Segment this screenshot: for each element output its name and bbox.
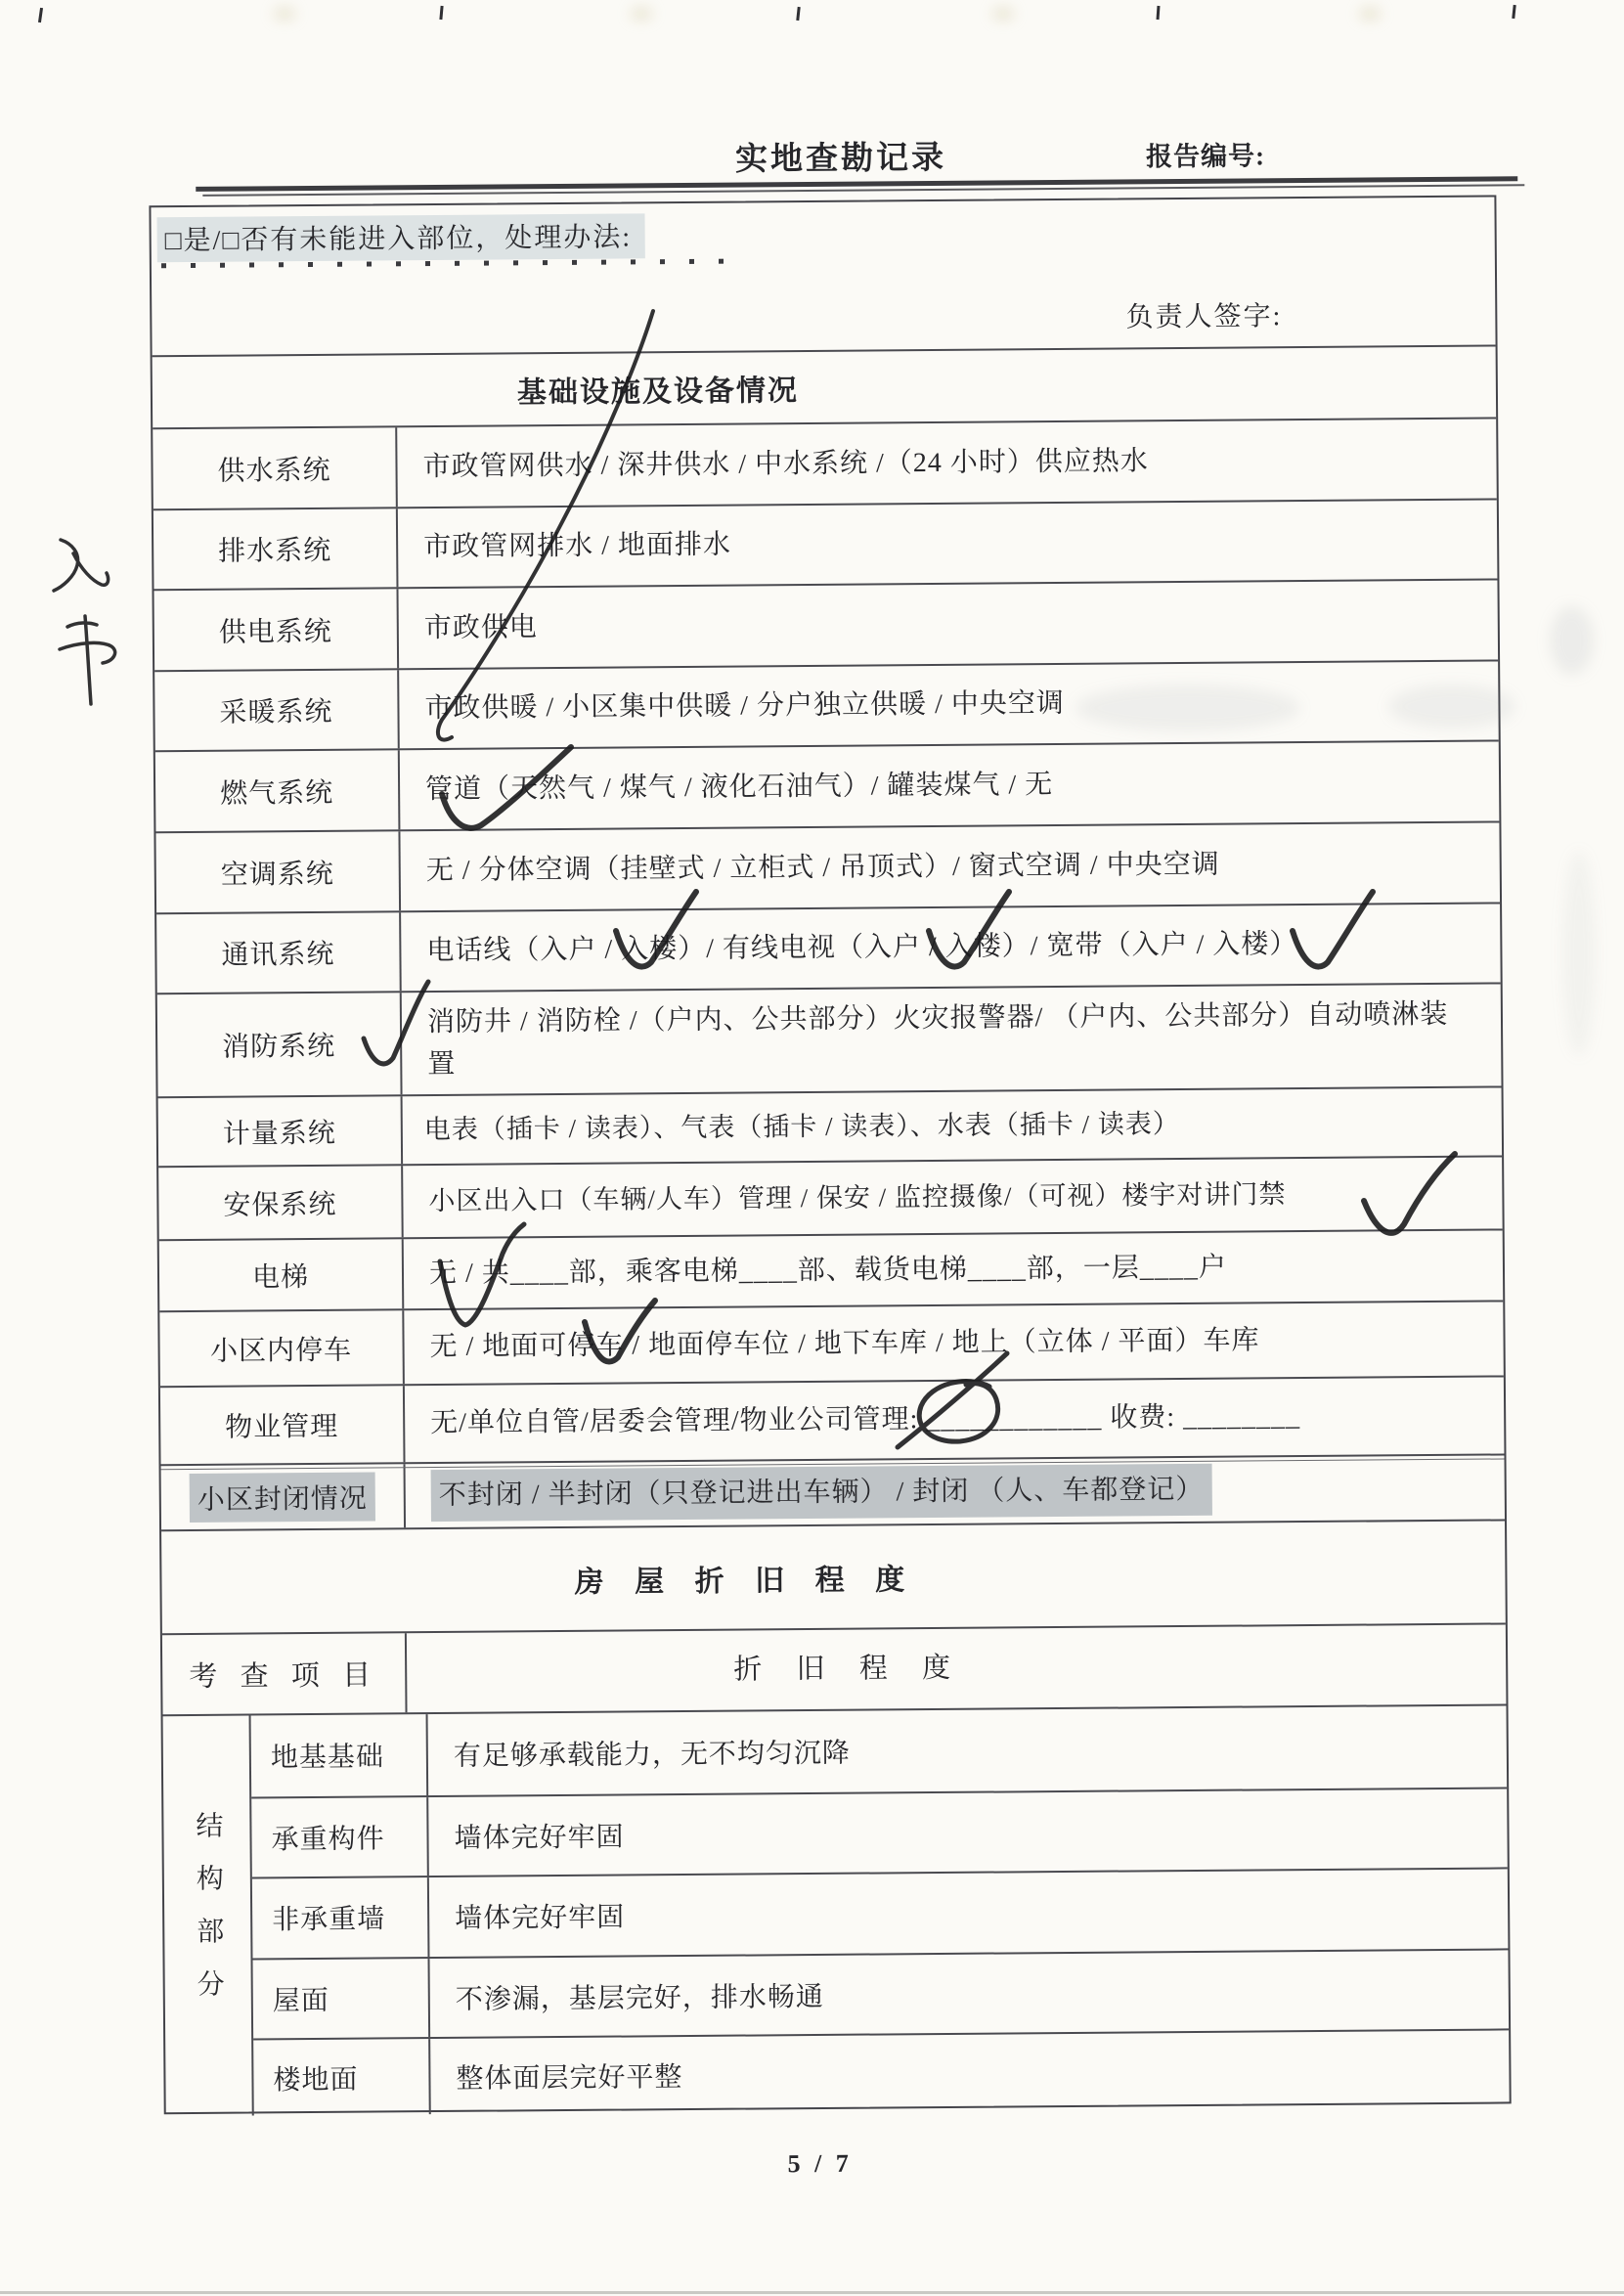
row-label: 供水系统 — [153, 427, 398, 508]
row-value: 电表（插卡 / 读表）、气表（插卡 / 读表）、水表（插卡 / 读表） — [403, 1087, 1503, 1164]
row-value: 不渗漏，基层完好，排水畅通 — [429, 1950, 1509, 2037]
row-value: 有足够承载能力，无不均匀沉降 — [428, 1705, 1508, 1794]
row-value: 整体面层完好平整 — [430, 2031, 1510, 2114]
row-value: 墙体完好牢固 — [429, 1870, 1509, 1957]
structure-rows: 地基基础 有足够承载能力，无不均匀沉降 承重构件 墙体完好牢固 非承重墙 墙体完… — [251, 1705, 1510, 2115]
row-label: 空调系统 — [155, 831, 401, 912]
row-label: 通讯系统 — [156, 912, 402, 993]
table-row-power: 供电系统 市政供电 — [154, 578, 1498, 670]
highlighted-value: 不封闭 / 半封闭（只登记进出车辆） / 封闭 （人、车都登记） — [431, 1464, 1212, 1523]
row-value: 无/单位自管/居委会管理/物业公司管理: ____________ 收费: __… — [405, 1377, 1505, 1462]
access-question-line: □是/□否有未能进入部位，处理办法: — [157, 213, 646, 262]
scan-smudge — [1550, 606, 1594, 675]
table-row-water-supply: 供水系统 市政管网供水 / 深井供水 / 中水系统 /（24 小时）供应热水 — [153, 417, 1497, 508]
structure-group-label: 结构部分 — [187, 1810, 228, 2021]
row-value: 无 / 共____部，乘客电梯____部、载货电梯____部，一层____户 — [404, 1230, 1504, 1308]
infrastructure-section-title: 基础设施及设备情况 — [153, 344, 1497, 427]
row-label: 地基基础 — [251, 1714, 429, 1796]
row-value: 消防井 / 消防栓 /（户内、公共部分）火灾报警器/ （户内、公共部分）自动喷淋… — [402, 984, 1502, 1094]
row-label: 安保系统 — [158, 1166, 404, 1239]
row-label: 计量系统 — [158, 1096, 404, 1166]
row-value: 不封闭 / 半封闭（只登记进出车辆） / 封闭 （人、车都登记） — [406, 1455, 1505, 1527]
structure-group-cell: 结构部分 — [163, 1716, 254, 2117]
scan-smudge — [1359, 8, 1381, 20]
scan-smudge — [631, 8, 652, 20]
structure-section: 结构部分 地基基础 有足够承载能力，无不均匀沉降 承重构件 墙体完好牢固 非承重… — [163, 1703, 1510, 2116]
scan-smudge — [992, 8, 1014, 20]
table-row-roof: 屋面 不渗漏，基层完好，排水畅通 — [252, 1948, 1509, 2039]
row-value: 市政管网供水 / 深井供水 / 中水系统 /（24 小时）供应热水 — [397, 419, 1497, 507]
row-label: 小区封闭情况 — [161, 1464, 407, 1529]
depreciation-header-row: 考 查 项 目 折 旧 程 度 — [162, 1622, 1507, 1714]
row-label: 屋面 — [253, 1959, 431, 2039]
row-value: 市政供电 — [398, 580, 1498, 668]
table-row-foundation: 地基基础 有足够承载能力，无不均匀沉降 — [251, 1705, 1508, 1796]
depreciation-degree-header: 折 旧 程 度 — [407, 1624, 1507, 1712]
row-value: 管道（天然气 / 煤气 / 液化石油气）/ 罐装煤气 / 无 — [400, 741, 1500, 829]
table-row-drainage: 排水系统 市政管网排水 / 地面排水 — [154, 498, 1498, 589]
access-section: □是/□否有未能进入部位，处理办法: 负责人签字: — [151, 197, 1495, 355]
report-number-label: 报告编号: — [1146, 134, 1265, 173]
scan-bottom-edge — [0, 2291, 1624, 2294]
survey-table: □是/□否有未能进入部位，处理办法: 负责人签字: 基础设施及设备情况 供水系统… — [149, 195, 1511, 2114]
page-content: 实地查勘记录 报告编号: □是/□否有未能进入部位，处理办法: 负责人签字: 基… — [0, 0, 1624, 2296]
table-row-loadbearing: 承重构件 墙体完好牢固 — [251, 1787, 1508, 1877]
row-value: 市政供暖 / 小区集中供暖 / 分户独立供暖 / 中央空调 — [399, 661, 1499, 748]
row-label: 承重构件 — [251, 1797, 429, 1877]
table-row-enclosure: 小区封闭情况 不封闭 / 半封闭（只登记进出车辆） / 封闭 （人、车都登记） — [161, 1453, 1505, 1529]
table-row-fire: 消防系统 消防井 / 消防栓 /（户内、公共部分）火灾报警器/ （户内、公共部分… — [157, 982, 1502, 1096]
row-value: 电话线（入户 / 入楼）/ 有线电视（入户 / 入楼）/ 宽带（入户 / 入楼） — [401, 904, 1501, 991]
row-value: 无 / 地面可停车 / 地面停车位 / 地下车库 / 地上（立体 / 平面）车库 — [404, 1302, 1504, 1384]
responsible-signature-label: 负责人签字: — [1125, 294, 1282, 334]
row-label: 消防系统 — [157, 993, 403, 1096]
row-label: 电梯 — [159, 1239, 405, 1310]
table-row-security: 安保系统 小区出入口（车辆/人车）管理 / 保安 / 监控摄像/（可视）楼宇对讲… — [158, 1155, 1503, 1239]
row-label: 供电系统 — [154, 589, 400, 670]
page-title: 实地查勘记录 — [735, 132, 946, 180]
row-value: 小区出入口（车辆/人车）管理 / 保安 / 监控摄像/（可视）楼宇对讲门禁 — [403, 1157, 1503, 1237]
table-row-nonloadbearing: 非承重墙 墙体完好牢固 — [252, 1868, 1509, 1959]
table-row-gas: 燃气系统 管道（天然气 / 煤气 / 液化石油气）/ 罐装煤气 / 无 — [155, 739, 1500, 831]
row-label: 物业管理 — [160, 1386, 406, 1464]
row-value: 市政管网排水 / 地面排水 — [398, 500, 1498, 587]
row-label: 燃气系统 — [155, 750, 401, 831]
table-row-property-mgmt: 物业管理 无/单位自管/居委会管理/物业公司管理: ____________ 收… — [160, 1375, 1505, 1464]
highlighted-label: 小区封闭情况 — [190, 1472, 375, 1522]
scan-smudge — [1562, 851, 1596, 1056]
row-label: 采暖系统 — [154, 670, 400, 750]
inspection-item-header: 考 查 项 目 — [162, 1633, 408, 1714]
scan-smudge — [1075, 684, 1300, 731]
table-row-aircon: 空调系统 无 / 分体空调（挂壁式 / 立柜式 / 吊顶式）/ 窗式空调 / 中… — [155, 820, 1500, 912]
row-value: 无 / 分体空调（挂壁式 / 立柜式 / 吊顶式）/ 窗式空调 / 中央空调 — [400, 822, 1500, 910]
page-number: 5 / 7 — [8, 2142, 1624, 2185]
scan-smudge — [274, 8, 295, 20]
table-row-telecom: 通讯系统 电话线（入户 / 入楼）/ 有线电视（入户 / 入楼）/ 宽带（入户 … — [156, 902, 1501, 993]
depreciation-section-title: 房 屋 折 旧 程 度 — [161, 1519, 1506, 1633]
row-label: 楼地面 — [253, 2039, 431, 2115]
row-value: 墙体完好牢固 — [428, 1788, 1508, 1876]
table-row-metering: 计量系统 电表（插卡 / 读表）、气表（插卡 / 读表）、水表（插卡 / 读表） — [158, 1085, 1503, 1166]
table-row-floor: 楼地面 整体面层完好平整 — [253, 2029, 1510, 2116]
table-row-parking: 小区内停车 无 / 地面可停车 / 地面停车位 / 地下车库 / 地上（立体 /… — [159, 1300, 1504, 1386]
row-label: 非承重墙 — [252, 1877, 430, 1958]
scan-smudge — [1388, 684, 1515, 729]
row-label: 小区内停车 — [159, 1310, 405, 1386]
row-label: 排水系统 — [154, 508, 399, 589]
scanned-survey-page: 实地查勘记录 报告编号: □是/□否有未能进入部位，处理办法: 负责人签字: 基… — [0, 0, 1624, 2296]
table-row-elevator: 电梯 无 / 共____部，乘客电梯____部、载货电梯____部，一层____… — [159, 1228, 1504, 1310]
